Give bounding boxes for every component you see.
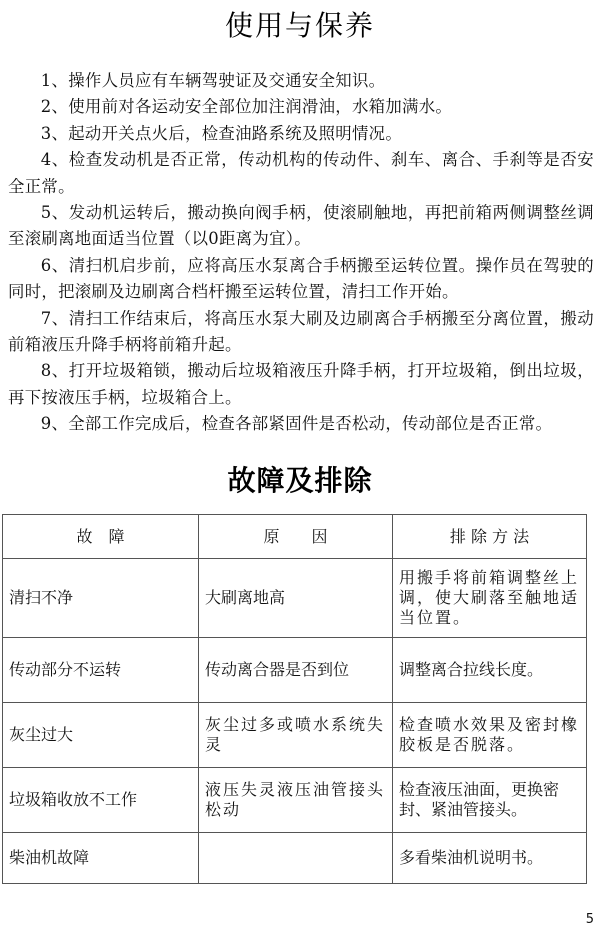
table-row: 灰尘过大 灰尘过多或喷水系统失灵 检查喷水效果及密封橡胶板是否脱落。 [3,703,587,768]
page-number: 5 [586,912,594,927]
cell-fault: 灰尘过大 [3,703,199,768]
instruction-item: 3、起动开关点火后，检查油路系统及照明情况。 [8,121,594,147]
header-fault: 故 障 [3,515,199,559]
cell-cause: 大刷离地高 [198,559,392,638]
cell-remedy: 检查液压油面，更换密封、紧油管接头。 [393,768,587,833]
table-row: 柴油机故障 多看柴油机说明书。 [3,833,587,884]
cell-remedy: 用搬手将前箱调整丝上调，使大刷落至触地适当位置。 [393,559,587,638]
instruction-item: 9、全部工作完成后，检查各部紧固件是否松动，传动部位是否正常。 [8,411,594,437]
cell-remedy: 多看柴油机说明书。 [393,833,587,884]
instruction-item: 2、使用前对各运动安全部位加注润滑油，水箱加满水。 [8,94,594,120]
header-remedy: 排 除 方 法 [393,515,587,559]
table-header-row: 故 障 原 因 排 除 方 法 [3,515,587,559]
cell-fault: 传动部分不运转 [3,638,199,703]
cell-fault: 柴油机故障 [3,833,199,884]
header-cause: 原 因 [198,515,392,559]
table-row: 清扫不净 大刷离地高 用搬手将前箱调整丝上调，使大刷落至触地适当位置。 [3,559,587,638]
cell-fault: 清扫不净 [3,559,199,638]
instruction-item: 1、操作人员应有车辆驾驶证及交通安全知识。 [8,68,594,94]
instruction-item: 6、清扫机启步前，应将高压水泵离合手柄搬至运转位置。操作员在驾驶的同时，把滚刷及… [8,253,594,306]
section-title-usage-maintenance: 使用与保养 [0,4,600,44]
cell-remedy: 调整离合拉线长度。 [393,638,587,703]
instruction-item: 8、打开垃圾箱锁，搬动后垃圾箱液压升降手柄，打开垃圾箱，倒出垃圾，再下按液压手柄… [8,358,594,411]
cell-cause: 灰尘过多或喷水系统失灵 [198,703,392,768]
cell-cause [198,833,392,884]
table-row: 传动部分不运转 传动离合器是否到位 调整离合拉线长度。 [3,638,587,703]
cell-fault: 垃圾箱收放不工作 [3,768,199,833]
cell-cause: 液压失灵液压油管接头松动 [198,768,392,833]
instruction-item: 7、清扫工作结束后，将高压水泵大刷及边刷离合手柄搬至分离位置，搬动前箱液压升降手… [8,306,594,359]
usage-instructions-list: 1、操作人员应有车辆驾驶证及交通安全知识。 2、使用前对各运动安全部位加注润滑油… [8,68,594,438]
cell-cause: 传动离合器是否到位 [198,638,392,703]
table-row: 垃圾箱收放不工作 液压失灵液压油管接头松动 检查液压油面，更换密封、紧油管接头。 [3,768,587,833]
instruction-item: 4、检查发动机是否正常，传动机构的传动件、刹车、离合、手刹等是否安全正常。 [8,147,594,200]
instruction-item: 5、发动机运转后，搬动换向阀手柄，使滚刷触地，再把前箱两侧调整丝调至滚刷离地面适… [8,200,594,253]
troubleshooting-table: 故 障 原 因 排 除 方 法 清扫不净 大刷离地高 用搬手将前箱调整丝上调，使… [2,514,587,884]
cell-remedy: 检查喷水效果及密封橡胶板是否脱落。 [393,703,587,768]
section-title-troubleshooting: 故障及排除 [0,459,600,499]
